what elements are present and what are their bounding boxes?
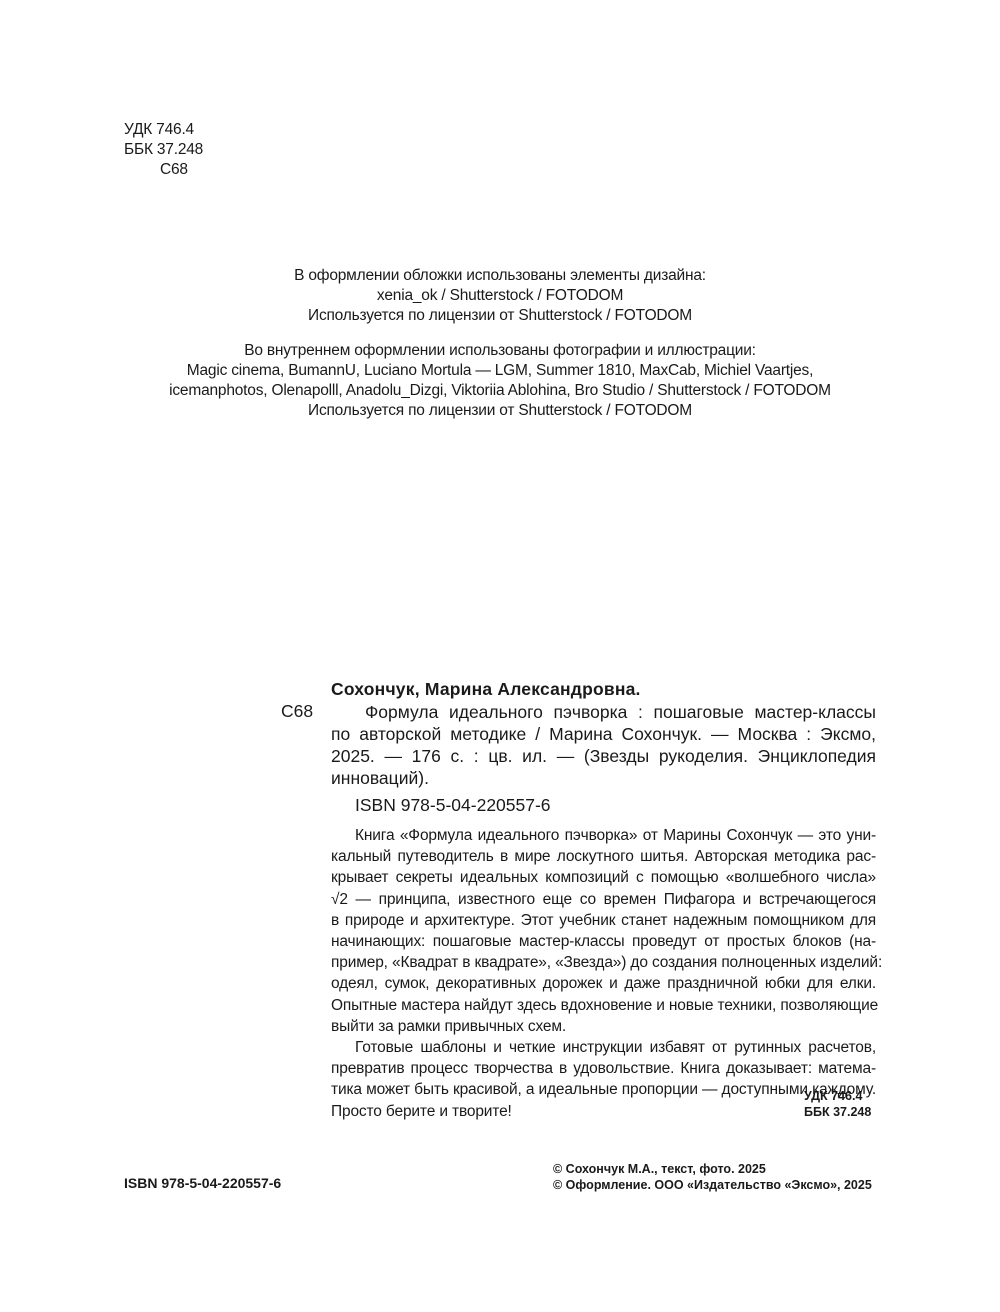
author-sign: С68 (124, 160, 203, 180)
credit-line: Magic cinema, BumannU, Luciano Mortula —… (100, 361, 900, 381)
bottom-classification: УДК 746.4 ББК 37.248 (804, 1088, 871, 1120)
credit-line: Используется по лицензии от Shutterstock… (100, 401, 900, 421)
credit-line: В оформлении обложки использованы элемен… (100, 266, 900, 286)
annotation-line: превратив процесс творчества в удовольст… (331, 1058, 876, 1079)
interior-credits: Во внутреннем оформлении использованы фо… (100, 341, 900, 421)
bib-line: 2025. — 176 с. : цв. ил. — (Звезды рукод… (331, 745, 876, 767)
annotation-line: в природе и архитектуре. Этот учебник ст… (331, 910, 876, 931)
annotation-line: одеял, сумок, декоративных дорожек и даж… (331, 973, 876, 994)
copyright-design: © Оформление. ООО «Издательство «Эксмо»,… (553, 1177, 872, 1193)
author-heading: Сохончук, Марина Александровна. (331, 679, 641, 700)
annotation: Книга «Формула идеального пэчворка» от М… (331, 825, 876, 1122)
copyright-block: © Сохончук М.А., текст, фото. 2025 © Офо… (553, 1161, 872, 1193)
annotation-line: тика может быть красивой, а идеальные пр… (331, 1079, 876, 1100)
bib-line: Формула идеального пэчворка : пошаговые … (331, 701, 876, 723)
udk-code: УДК 746.4 (804, 1088, 871, 1104)
bib-line: по авторской методике / Марина Сохончук.… (331, 723, 876, 745)
bib-line: инноваций). (331, 767, 876, 789)
annotation-line: Просто берите и творите! (331, 1101, 876, 1122)
bbk-code: ББК 37.248 (804, 1104, 871, 1120)
udk-code: УДК 746.4 (124, 120, 203, 140)
bbk-code: ББК 37.248 (124, 140, 203, 160)
annotation-line: √2 — принципа, известного еще со времен … (331, 889, 876, 910)
annotation-line: пример, «Квадрат в квадрате», «Звезда») … (331, 952, 876, 973)
credit-line: Используется по лицензии от Shutterstock… (100, 306, 900, 326)
copyright-text: © Сохончук М.А., текст, фото. 2025 (553, 1161, 872, 1177)
annotation-line: кальный путеводитель в мире лоскутного ш… (331, 846, 876, 867)
annotation-line: выйти за рамки привычных схем. (331, 1016, 876, 1037)
bibliographic-description: Формула идеального пэчворка : пошаговые … (331, 701, 876, 789)
annotation-line: крывает секреты идеальных композиций с п… (331, 867, 876, 888)
credit-line: Во внутреннем оформлении использованы фо… (100, 341, 900, 361)
annotation-line: начинающих: пошаговые мастер-классы пров… (331, 931, 876, 952)
isbn-record: ISBN 978-5-04-220557-6 (355, 795, 551, 816)
annotation-line: Книга «Формула идеального пэчворка» от М… (331, 825, 876, 846)
footer-isbn: ISBN 978-5-04-220557-6 (124, 1175, 281, 1191)
credit-line: xenia_ok / Shutterstock / FOTODOM (100, 286, 900, 306)
cover-credits: В оформлении обложки использованы элемен… (100, 266, 900, 326)
annotation-line: Опытные мастера найдут здесь вдохновение… (331, 995, 876, 1016)
bib-author-sign: С68 (281, 701, 313, 722)
classification-block: УДК 746.4 ББК 37.248 С68 (124, 120, 203, 180)
annotation-line: Готовые шаблоны и четкие инструкции изба… (331, 1037, 876, 1058)
credit-line: icemanphotos, Olenapolll, Anadolu_Dizgi,… (100, 381, 900, 401)
